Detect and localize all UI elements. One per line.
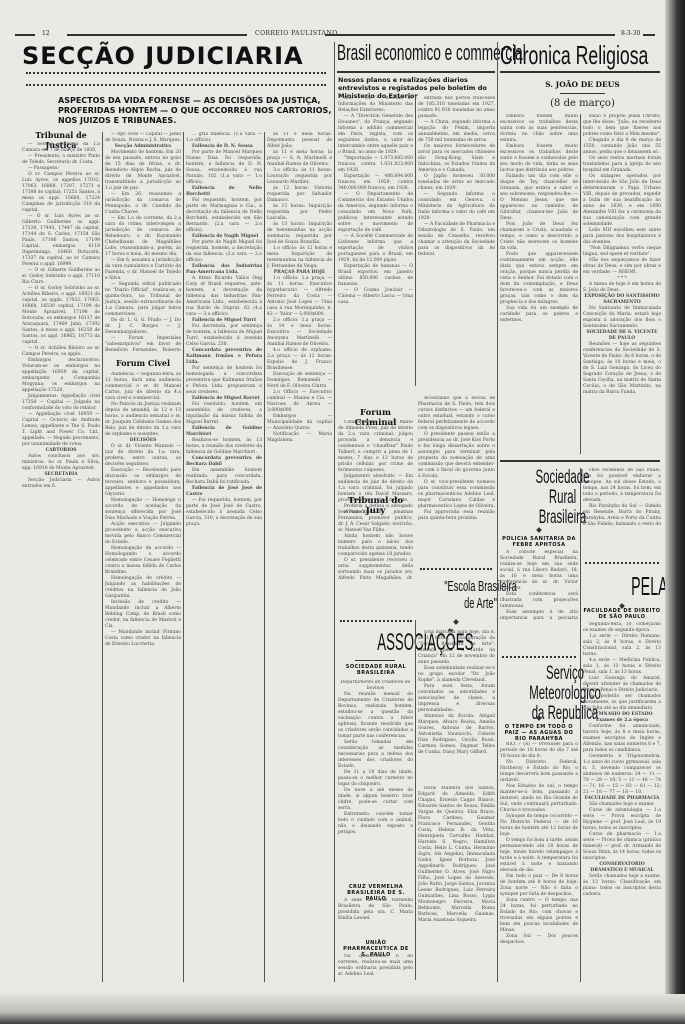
- subhead-exposicao: EXPOSIÇÃO DO SANTISSIMO SACRAMENTO: [583, 294, 661, 306]
- column-rule: [264, 132, 265, 982]
- column-cruz-vermelha: A sede na Cruz Vermelha Brasileira de Sã…: [338, 898, 413, 938]
- article-date: (8 de março): [500, 98, 665, 109]
- column-chronica-2: salão o proprio Jesus Christo, que lhe d…: [583, 114, 661, 454]
- headline-vida-forense: ASPECTOS DA VIDA FORENSE — AS DECISÕES D…: [58, 96, 333, 126]
- column-rule: [183, 132, 184, 982]
- section-title-chronica: Chronica Religiosa: [500, 40, 616, 71]
- column-chronica-1: Embora fossem muito excessivos os trabal…: [500, 114, 578, 454]
- column-judiciaria-2b: Audiencia — Segunda-feira, ás 12 horas, …: [105, 372, 181, 982]
- article-title-sao-joao: S. JOÃO DE DEUS: [500, 80, 665, 89]
- dotted-divider: [502, 656, 576, 658]
- subhead-vicente-paulo: SOCIEDADE DE S. VICENTE DE PAULO: [583, 330, 661, 342]
- column-tribunal-jury: Presidente, dr. Jonathas Fernandes; prom…: [338, 510, 413, 580]
- rule: [337, 71, 495, 73]
- subhead-sociedade-rural: SOCIEDADE RURAL BRASILEIRA: [340, 664, 412, 676]
- column-sociedade-rural: A convite especial da Sociedade Rural Br…: [500, 550, 578, 620]
- column-judiciaria-4: ás 11 e meia horas: Depoimento pessoal d…: [267, 132, 332, 982]
- column-brasil-1: Rio, 7 (A) — Boletim de Informações do M…: [338, 96, 413, 386]
- dotted-divider: [585, 562, 659, 564]
- column-judiciaria-2a: — Apr. civel — Capital — Jamil de Souza,…: [105, 132, 181, 352]
- column-brasil-3: Acceitando que a escola de Pharmacia de …: [418, 396, 495, 556]
- diamond-ornament: [536, 527, 542, 533]
- column-brasil-2: entrada nos portos francezes de 185.316 …: [418, 96, 495, 386]
- subhead-forum-civel: Forum Civel: [105, 358, 181, 368]
- column-rule: [497, 42, 498, 982]
- dotted-divider: [340, 620, 412, 622]
- column-meteorologico: RIO, 7 (A) — Previsões para o periodo de…: [500, 742, 578, 982]
- ornament-divider: [26, 72, 326, 86]
- section-title-brasil: Brasil economico e commercial: [337, 40, 436, 66]
- section-title-escola-arte: "Escola Brasileira de Arte": [418, 578, 495, 612]
- section-title-judiciaria: SECÇÃO JUDICIARIA: [22, 42, 304, 70]
- dotted-divider: [420, 568, 492, 570]
- column-uniao-pharmaceutica: Na quinta-feira, 6 do corrente, realizou…: [338, 954, 413, 984]
- section-title-pelas-escolas: PELAS ESCOLAS: [583, 572, 661, 600]
- column-meteorologico-2: chos recebidos de São Paulo, não foi pos…: [583, 468, 661, 528]
- subhead-tempo-paiz: O TEMPO EM TODO O PAIZ — AS AGUAS DO RIO…: [500, 724, 578, 742]
- column-rule: [102, 132, 103, 982]
- rule: [500, 460, 660, 462]
- page-binding-edge: [665, 0, 685, 1024]
- column-rule: [580, 114, 581, 454]
- column-rule: [580, 468, 581, 982]
- rule: [355, 660, 395, 661]
- column-rule: [334, 42, 335, 982]
- section-title-associacoes: ASSOCIAÇÕES: [338, 630, 413, 656]
- column-rule: [415, 96, 416, 386]
- section-title-sociedade-rural: Sociedade Rural Brasileira: [500, 468, 578, 528]
- folio-line: 12 CORREIO PAULISTANO 8-3-30: [15, 30, 655, 40]
- page-bottom-edge: [0, 994, 685, 1024]
- column-judiciaria-1: — Sessão ordinaria da 1.a Camara em 7 de…: [22, 142, 100, 982]
- page-number: 12: [42, 30, 50, 37]
- newspaper-page: 12 CORREIO PAULISTANO 8-3-30 SECÇÃO JUDI…: [0, 0, 665, 1000]
- diamond-ornament: [453, 619, 459, 625]
- subhead-faculdade-direito: FACULDADE DE DIREITO DE SÃO PAULO: [583, 608, 661, 620]
- column-judiciaria-3: ... gria fallencia. (1.a vara — 1.o offi…: [186, 132, 262, 982]
- column-alumnos: Doris Madeira dos Santos, Edgard de Alme…: [418, 786, 495, 982]
- issue-date: 8-3-30: [621, 30, 640, 37]
- column-pelas-escolas: Segunda-feira, 10, começarão os exames d…: [583, 622, 661, 982]
- rule: [500, 71, 660, 73]
- rule: [560, 93, 605, 94]
- column-associacoes-1: Departamento de criadores de bovinos Na …: [338, 680, 413, 865]
- subhead-policia-sanitaria: POLICIA SANITARIA DA FEBRE APHTOSA: [500, 536, 578, 548]
- column-rule: [415, 620, 416, 980]
- subhead-conservatorio: CONSERVATORIO DRAMATICO E MUSICAL: [583, 862, 661, 874]
